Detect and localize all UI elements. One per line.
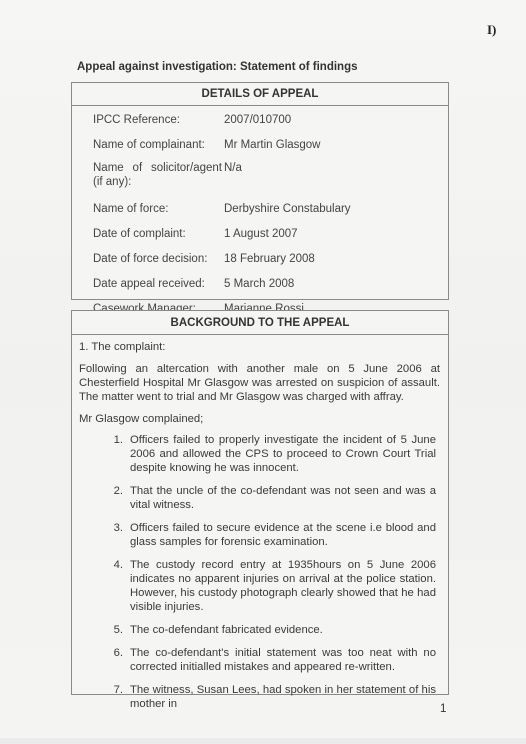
detail-row-complainant: Name of complainant: Mr Martin Glasgow: [72, 135, 448, 160]
detail-row-solicitor: Name of solicitor/agent (if any): N/a: [72, 160, 448, 199]
detail-value: 1 August 2007: [224, 226, 448, 249]
details-of-appeal-table: DETAILS OF APPEAL IPCC Reference: 2007/0…: [71, 82, 449, 300]
detail-row-force: Name of force: Derbyshire Constabulary: [72, 199, 448, 224]
detail-label: Date of force decision:: [72, 251, 224, 274]
background-paragraph: Following an altercation with another ma…: [79, 362, 440, 404]
list-text: The custody record entry at 1935hours on…: [130, 558, 440, 614]
detail-label: Name of force:: [72, 201, 224, 224]
list-text: That the uncle of the co-defendant was n…: [130, 484, 440, 512]
list-text: Officers failed to properly investigate …: [130, 433, 440, 475]
page-number: 1: [440, 703, 446, 715]
detail-value: 18 February 2008: [224, 251, 448, 274]
list-text: The co-defendant fabricated evidence.: [130, 623, 440, 637]
list-item: 1. Officers failed to properly investiga…: [79, 433, 440, 475]
detail-value: Derbyshire Constabulary: [224, 201, 448, 224]
list-number: 2.: [79, 484, 130, 512]
background-header: BACKGROUND TO THE APPEAL: [72, 311, 448, 335]
list-number: 4.: [79, 558, 130, 614]
list-text: The co-defendant's initial statement was…: [130, 646, 440, 674]
details-header: DETAILS OF APPEAL: [72, 83, 448, 106]
list-item: 4. The custody record entry at 1935hours…: [79, 558, 440, 614]
detail-value: N/a: [224, 161, 448, 199]
list-number: 5.: [79, 623, 130, 637]
list-item: 2. That the uncle of the co-defendant wa…: [79, 484, 440, 512]
detail-value: 5 March 2008: [224, 276, 448, 299]
detail-value: Mr Martin Glasgow: [224, 137, 448, 160]
detail-label: Name of complainant:: [72, 137, 224, 160]
document-page: I) Appeal against investigation: Stateme…: [0, 0, 526, 738]
detail-value: 2007/010700: [224, 112, 448, 135]
list-number: 7.: [79, 683, 130, 711]
complaints-intro: Mr Glasgow complained;: [79, 413, 440, 425]
detail-label: Name of solicitor/agent (if any):: [72, 161, 224, 199]
list-item: 6. The co-defendant's initial statement …: [79, 646, 440, 674]
list-number: 6.: [79, 646, 130, 674]
document-title: Appeal against investigation: Statement …: [77, 61, 358, 73]
detail-label: IPCC Reference:: [72, 112, 224, 135]
list-text: The witness, Susan Lees, had spoken in h…: [130, 683, 440, 711]
detail-row-ipcc-reference: IPCC Reference: 2007/010700: [72, 110, 448, 135]
list-text: Officers failed to secure evidence at th…: [130, 521, 440, 549]
background-to-appeal-box: BACKGROUND TO THE APPEAL 1. The complain…: [71, 310, 449, 695]
complaints-list: 1. Officers failed to properly investiga…: [79, 433, 440, 711]
section-heading: 1. The complaint:: [79, 341, 440, 353]
list-number: 3.: [79, 521, 130, 549]
detail-row-appeal-received: Date appeal received: 5 March 2008: [72, 274, 448, 299]
detail-row-force-decision: Date of force decision: 18 February 2008: [72, 249, 448, 274]
list-item: 5. The co-defendant fabricated evidence.: [79, 623, 440, 637]
list-item: 3. Officers failed to secure evidence at…: [79, 521, 440, 549]
detail-row-date-of-complaint: Date of complaint: 1 August 2007: [72, 224, 448, 249]
list-item: 7. The witness, Susan Lees, had spoken i…: [79, 683, 440, 711]
corner-mark: I): [487, 22, 496, 38]
detail-label: Date of complaint:: [72, 226, 224, 249]
detail-label: Date appeal received:: [72, 276, 224, 299]
list-number: 1.: [79, 433, 130, 475]
